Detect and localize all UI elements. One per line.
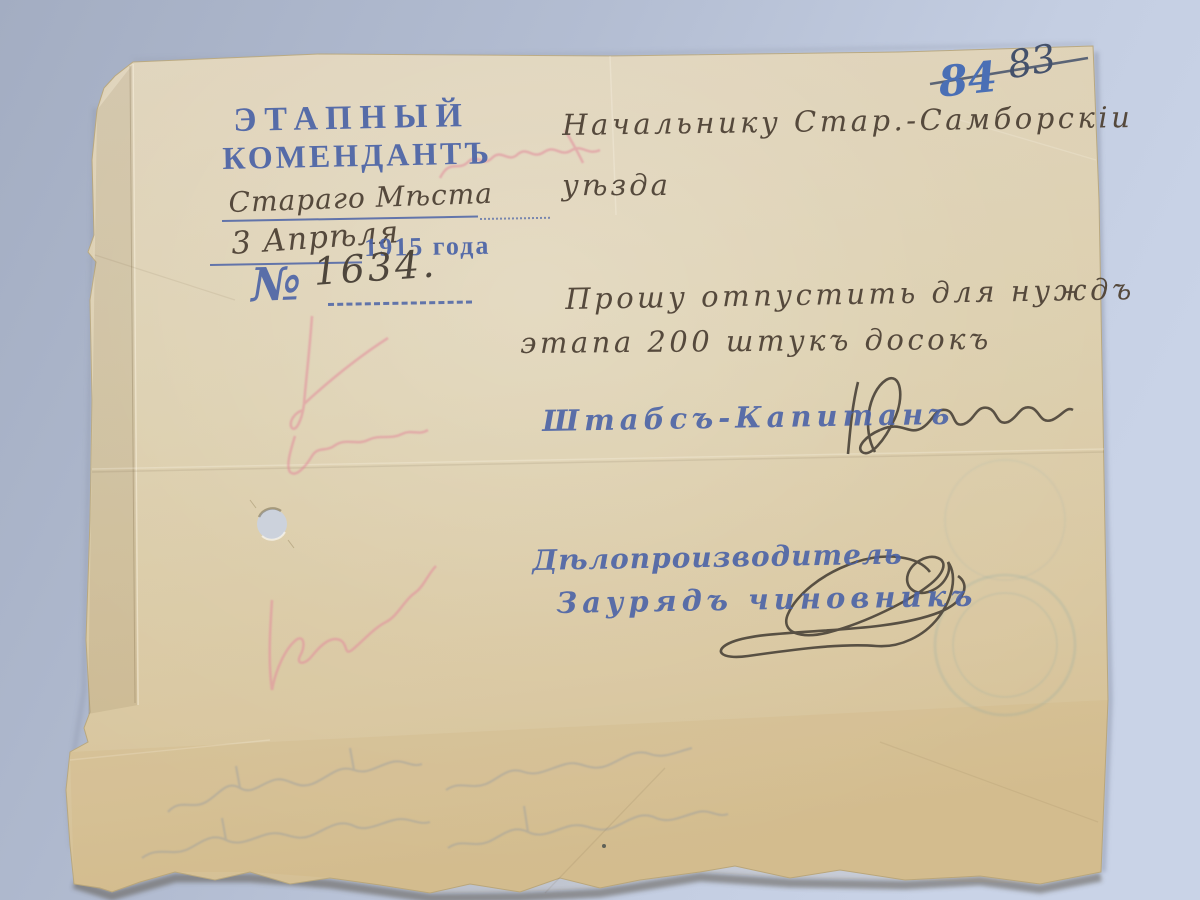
number-sign: № xyxy=(250,256,302,312)
addressee-line2: уѣзда xyxy=(562,168,671,202)
number-handwritten: 1634. xyxy=(312,241,439,294)
captain-title-stamped: Штабсъ-Капитанъ xyxy=(542,397,955,438)
clerk-title-stamped: Дѣлопроизводитель xyxy=(532,538,903,577)
page-number-current: 84 xyxy=(936,52,999,107)
letterhead-stamp-line2: КОМЕНДАНТЪ xyxy=(222,134,492,177)
ink-fleck xyxy=(602,844,606,848)
page-number-crossed-out: 83 xyxy=(1004,36,1059,88)
request-line2: этапа 200 штукъ досокъ xyxy=(520,322,992,360)
letterhead-stamp-line1: ЭТАПНЫЙ xyxy=(233,97,470,140)
photo-of-document: ЭТАПНЫЙ КОМЕНДАНТЪ Стараго Мѣста 3 Апрѣл… xyxy=(0,0,1200,900)
